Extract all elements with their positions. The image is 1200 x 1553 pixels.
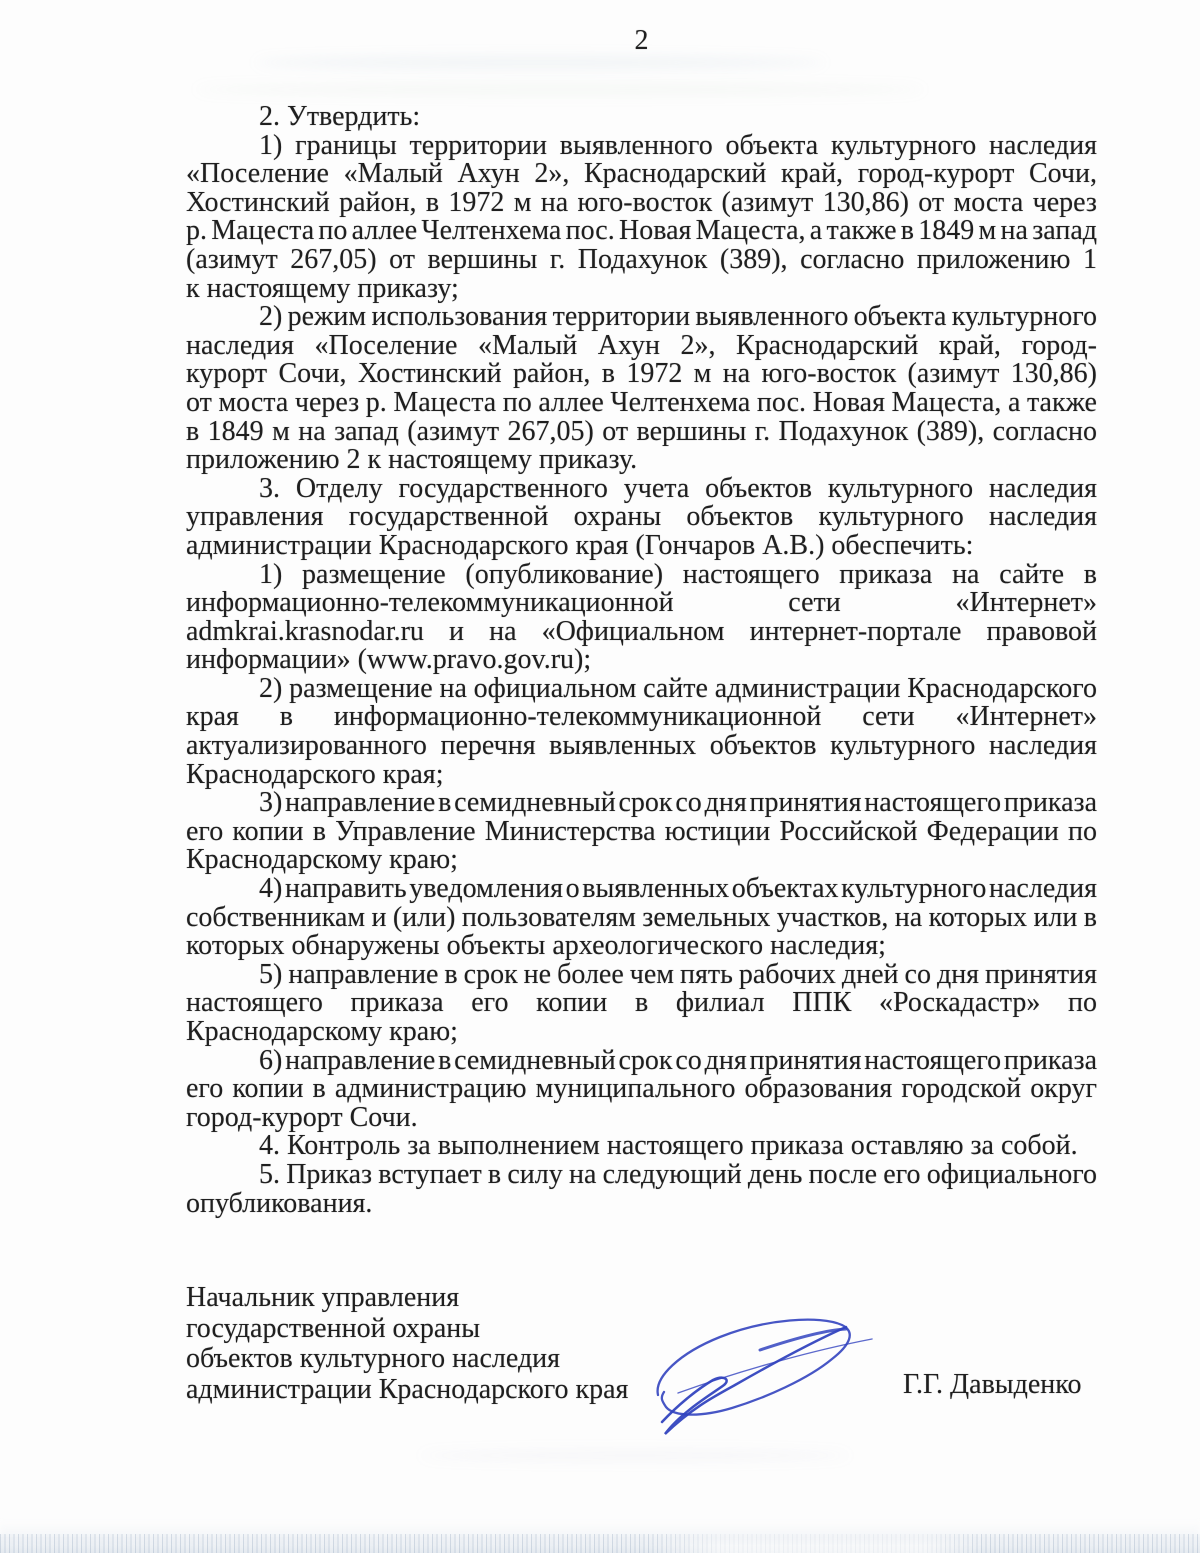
text-line: admkrai.krasnodar.ru и на «Официальном и… [186,618,1097,647]
text-line: от моста через р. Мацеста по аллее Челте… [186,389,1097,418]
text-line: Краснодарскому краю; [186,1018,1097,1047]
text-line: 2) режим использования территории выявле… [186,303,1097,332]
text-line: 3) направление в семидневный срок со дня… [186,789,1097,818]
text-line: его копии в администрацию муниципального… [186,1075,1097,1104]
text-line: к настоящему приказу; [186,275,1097,304]
text-line: опубликования. [186,1190,1097,1219]
scan-edge-artifact [0,1534,1200,1553]
text-line: 5. Приказ вступает в силу на следующий д… [186,1161,1097,1190]
text-line: настоящего приказа его копии в филиал ПП… [186,989,1097,1018]
text-line: края в информационно-телекоммуникационно… [186,703,1097,732]
signatory-name: Г.Г. Давыденко [903,1370,1081,1400]
text-line: курорт Сочи, Хостинский район, в 1972 м … [186,360,1097,389]
text-line: 4. Контроль за выполнением настоящего пр… [186,1132,1097,1161]
text-line: 3. Отделу государственного учета объекто… [186,475,1097,504]
signatory-position: Начальник управлениягосударственной охра… [186,1283,628,1405]
document-page: 2 2. Утвердить:1) границы территории выя… [0,0,1200,1553]
text-line: приложению 2 к настоящему приказу. [186,446,1097,475]
text-line: которых обнаружены объекты археологическ… [186,932,1097,961]
signatory-position-line: Начальник управления [186,1283,628,1314]
signatory-position-line: объектов культурного наследия [186,1344,628,1375]
scan-smudge [195,84,925,95]
text-line: наследия «Поселение «Малый Ахун 2», Крас… [186,332,1097,361]
text-line: управления государственной охраны объект… [186,503,1097,532]
text-line: 1) размещение (опубликование) настоящего… [186,561,1097,590]
text-line: актуализированного перечня выявленных об… [186,732,1097,761]
text-line: 1) границы территории выявленного объект… [186,132,1097,161]
document-body: 2. Утвердить:1) границы территории выявл… [186,103,1097,1218]
scan-smudge [255,56,825,69]
text-line: собственникам и (или) пользователям земе… [186,904,1097,933]
text-line: в 1849 м на запад (азимут 267,05) от вер… [186,418,1097,447]
text-line: «Поселение «Малый Ахун 2», Краснодарский… [186,160,1097,189]
text-line: информации» (www.pravo.gov.ru); [186,646,1097,675]
text-line: 5) направление в срок не более чем пять … [186,961,1097,990]
text-line: р. Мацеста по аллее Челтенхема пос. Нова… [186,217,1097,246]
text-line: информационно-телекоммуникационной сети … [186,589,1097,618]
signatory-position-line: администрации Краснодарского края [186,1375,628,1406]
text-line: 6) направление в семидневный срок со дня… [186,1047,1097,1076]
text-line: 2. Утвердить: [186,103,1097,132]
text-line: 4) направить уведомления о выявленных об… [186,875,1097,904]
text-line: его копии в Управление Министерства юсти… [186,818,1097,847]
signatory-position-line: государственной охраны [186,1314,628,1345]
text-line: Краснодарского края; [186,761,1097,790]
text-line: (азимут 267,05) от вершины г. Подахунок … [186,246,1097,275]
text-line: Хостинский район, в 1972 м на юго-восток… [186,189,1097,218]
text-line: 2) размещение на официальном сайте админ… [186,675,1097,704]
text-line: Краснодарскому краю; [186,846,1097,875]
text-line: администрации Краснодарского края (Гонча… [186,532,1097,561]
page-number: 2 [186,26,1097,56]
text-line: город-курорт Сочи. [186,1104,1097,1133]
signature-ink [620,1295,900,1455]
